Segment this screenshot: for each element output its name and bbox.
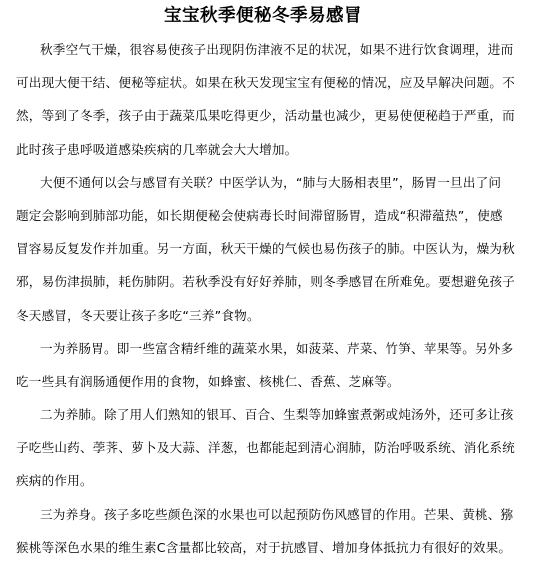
text-line: 大便不通何以会与感冒有关联？中医学认为，“肺与大肠相表里”，肠胃一旦出了问 bbox=[16, 166, 516, 199]
paragraph-nourish-lung: 二为养肺。除了用人们熟知的银耳、百合、生梨等加蜂蜜煮粥或炖汤外，还可多让孩 子吃… bbox=[16, 398, 516, 498]
text-line: 此时孩子患呼吸道感染疾病的几率就会大大增加。 bbox=[16, 133, 516, 166]
paragraph-constipation-autumn: 秋季空气干燥，很容易使孩子出现阴伤津液不足的状况，如果不进行饮食调理，进而 可出… bbox=[16, 33, 516, 166]
text-line: 猴桃等深色水果的维生素C含量都比较高，对于抗感冒、增加身体抵抗力有很好的效果。 bbox=[16, 531, 516, 564]
text-line: 冒容易反复发作并加重。另一方面，秋天干燥的气候也易伤孩子的肺。中医认为，燥为秋 bbox=[16, 232, 516, 265]
text-line: 子吃些山药、荸荠、萝卜及大蒜、洋葱，也都能起到清心润肺，防治呼吸系统、消化系统 bbox=[16, 431, 516, 464]
text-line: 题定会影响到肺部功能，如长期便秘会使病毒长时间滞留肠胃，造成“积滞蕴热”，使感 bbox=[16, 199, 516, 232]
paragraph-nourish-stomach: 一为养肠胃。即一些富含精纤维的蔬菜水果，如菠菜、芹菜、竹笋、苹果等。另外多 吃一… bbox=[16, 332, 516, 398]
text-line: 疾病的作用。 bbox=[16, 464, 516, 497]
text-line: 三为养身。孩子多吃些颜色深的水果也可以起预防伤风感冒的作用。芒果、黄桃、猕 bbox=[16, 498, 516, 531]
text-line: 一为养肠胃。即一些富含精纤维的蔬菜水果，如菠菜、芹菜、竹笋、苹果等。另外多 bbox=[16, 332, 516, 365]
text-line: 冬天感冒，冬天要让孩子多吃“三养”食物。 bbox=[16, 299, 516, 332]
document-title: 宝宝秋季便秘冬季易感冒 bbox=[0, 5, 526, 27]
paragraph-nourish-body: 三为养身。孩子多吃些颜色深的水果也可以起预防伤风感冒的作用。芒果、黄桃、猕 猴桃… bbox=[16, 498, 516, 564]
text-line: 然，等到了冬季，孩子由于蔬菜瓜果吃得更少，活动量也减少，更易使便秘趋于严重，而 bbox=[16, 99, 516, 132]
paragraph-tcm-explanation: 大便不通何以会与感冒有关联？中医学认为，“肺与大肠相表里”，肠胃一旦出了问 题定… bbox=[16, 166, 516, 332]
text-line: 二为养肺。除了用人们熟知的银耳、百合、生梨等加蜂蜜煮粥或炖汤外，还可多让孩 bbox=[16, 398, 516, 431]
text-line: 吃一些具有润肠通便作用的食物，如蜂蜜、核桃仁、香蕉、芝麻等。 bbox=[16, 365, 516, 398]
text-line: 邪，易伤津损肺，耗伤肺阴。若秋季没有好好养肺，则冬季感冒在所难免。要想避免孩子 bbox=[16, 265, 516, 298]
text-line: 秋季空气干燥，很容易使孩子出现阴伤津液不足的状况，如果不进行饮食调理，进而 bbox=[16, 33, 516, 66]
text-line: 可出现大便干结、便秘等症状。如果在秋天发现宝宝有便秘的情况，应及早解决问题。不 bbox=[16, 66, 516, 99]
document-body: 秋季空气干燥，很容易使孩子出现阴伤津液不足的状况，如果不进行饮食调理，进而 可出… bbox=[16, 33, 516, 564]
